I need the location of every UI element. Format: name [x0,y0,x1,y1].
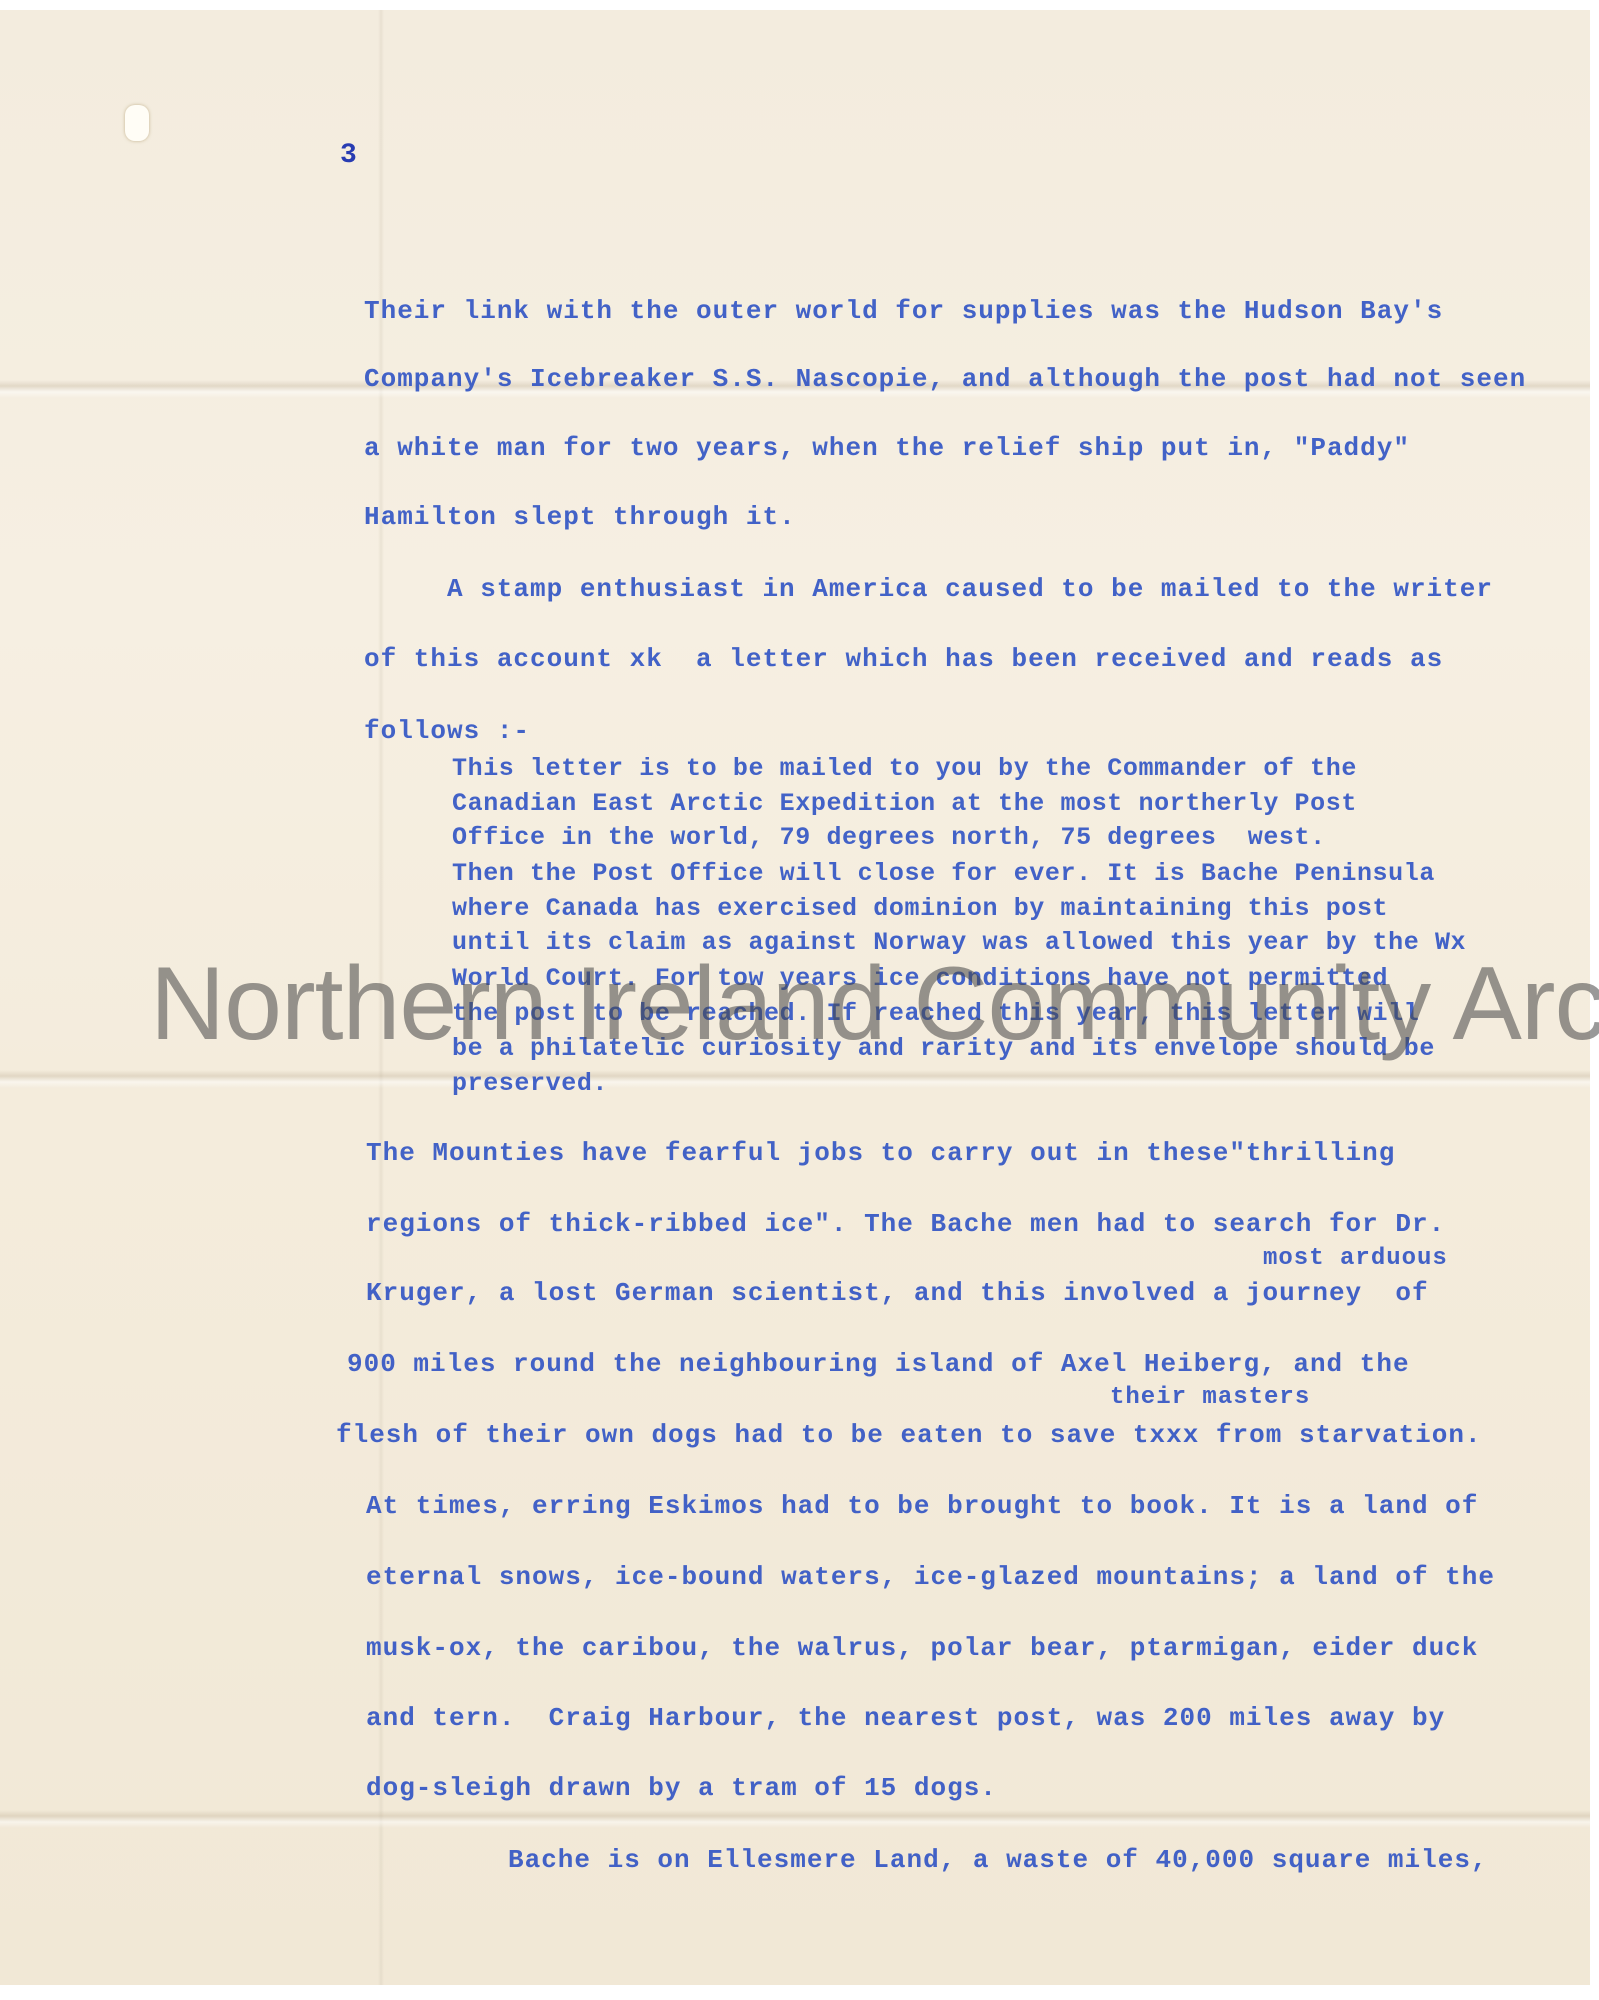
handwritten-insertion: their masters [1110,1384,1310,1411]
quote-line: Canadian East Arctic Expedition at the m… [452,789,1357,818]
text-line: eternal snows, ice-bound waters, ice-gla… [366,1562,1495,1592]
text-line: The Mounties have fearful jobs to carry … [366,1138,1395,1168]
text-line: A stamp enthusiast in America caused to … [447,574,1493,604]
quote-line: Office in the world, 79 degrees north, 7… [452,823,1326,852]
archive-watermark: Northern Ireland Community Archive [150,945,1599,1064]
quote-line: This letter is to be mailed to you by th… [452,754,1357,783]
quote-line: Then the Post Office will close for ever… [452,859,1435,888]
text-line: dog-sleigh drawn by a tram of 15 dogs. [366,1773,997,1803]
quote-line: where Canada has exercised dominion by m… [452,894,1388,923]
text-line: of this account xk a letter which has be… [364,644,1443,674]
text-line: a white man for two years, when the reli… [364,433,1410,463]
fold-crease-bottom [0,1810,1590,1828]
handwritten-insertion: most arduous [1263,1245,1448,1272]
text-line: Company's Icebreaker S.S. Nascopie, and … [364,364,1526,394]
quote-line: preserved. [452,1069,608,1098]
text-line: Bache is on Ellesmere Land, a waste of 4… [508,1845,1488,1875]
fold-crease-middle [0,1070,1590,1088]
text-line: and tern. Craig Harbour, the nearest pos… [366,1703,1445,1733]
page-number: 3 [340,140,358,171]
text-line: Their link with the outer world for supp… [364,296,1443,326]
text-line: 900 miles round the neighbouring island … [347,1349,1410,1379]
text-line: flesh of their own dogs had to be eaten … [336,1420,1482,1450]
text-line: Hamilton slept through it. [364,502,796,532]
staple-hole [125,105,149,141]
text-line: Kruger, a lost German scientist, and thi… [366,1278,1429,1308]
text-line: regions of thick-ribbed ice". The Bache … [366,1209,1445,1239]
text-line: follows :- [364,716,530,746]
scan-border [0,1985,1599,2000]
text-line: musk-ox, the caribou, the walrus, polar … [366,1633,1478,1663]
text-line: At times, erring Eskimos had to be broug… [366,1491,1478,1521]
